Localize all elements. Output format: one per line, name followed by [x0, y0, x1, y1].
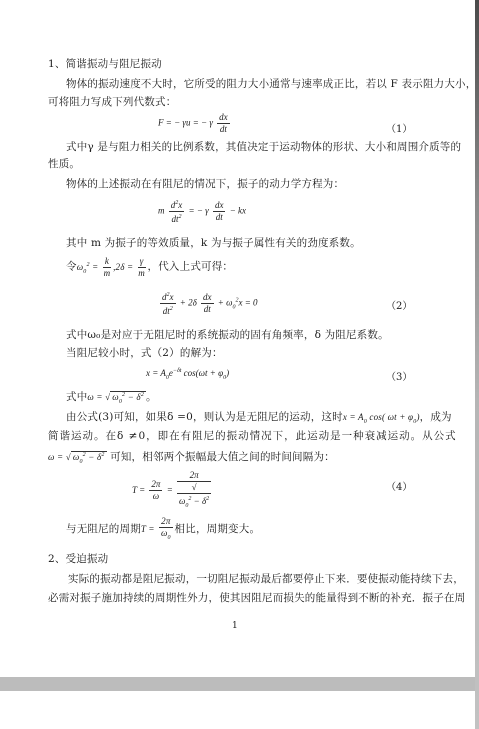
paragraph-line: 与无阻尼的周期T = 2πω0相比，周期变大。 [66, 516, 260, 544]
text: ，代入上式可得： [148, 261, 234, 273]
equation-label: （4） [386, 478, 412, 493]
paragraph-line: 性质。 [48, 158, 80, 171]
equation-4: T = 2πω = 2π√ω02 − δ2 [132, 470, 213, 512]
paragraph-line: 由公式(3)可知，如果δ =0，则认为是无阻尼的运动，这时x = A0 cos(… [66, 411, 452, 429]
equation-dynamics: m d2xdt2 = − γ dxdt − kx [158, 198, 246, 225]
text: 令 [66, 261, 77, 273]
inline-formula: ω = √ω02 − δ2 [48, 451, 107, 462]
paragraph-line: 必需对振子施加持续的周期性外力，使其因阻尼而损失的能量得到不断的补充．振子在周 [48, 592, 465, 605]
equation-label: （1） [386, 120, 412, 135]
text: 可知，相邻两个振幅最大值之间的时间间隔为： [110, 451, 335, 463]
paragraph-line: 当阻尼较小时，式（2）的解为： [66, 347, 223, 360]
paragraph-line: 式中γ 是与阻力相关的比例系数，其值决定于运动物体的形状、大小和周围介质等的 [66, 141, 461, 154]
text: 由公式(3)可知，如果δ =0，则认为是无阻尼的运动，这时 [66, 411, 343, 423]
text: 与无阻尼的周期 [66, 523, 141, 535]
paragraph-line: 物体的上述振动在有阻尼的情况下，振子的动力学方程为： [66, 178, 344, 191]
paragraph-line: 可将阻力写成下列代数式： [48, 96, 176, 109]
text: 式中 [66, 391, 87, 403]
paragraph-line: ω = √ω02 − δ2 可知，相邻两个振幅最大值之间的时间间隔为： [48, 449, 335, 469]
inline-formula: x = A0 cos( ωt + φ0) [343, 412, 420, 422]
page-number: 1 [232, 621, 238, 631]
section-heading-2: 2、受迫振动 [48, 553, 108, 566]
equation-3: x = A0e−δt cos(ωt + φ0) [146, 368, 229, 381]
paragraph-line: 令ω02 = km,2δ = γm，代入上式可得： [66, 256, 233, 279]
equation-label: （2） [386, 297, 412, 312]
section-heading-1: 1、简谐振动与阻尼振动 [48, 58, 162, 71]
paragraph-line: 物体的振动速度不大时，它所受的阻力大小通常与速率成正比，若以 F 表示阻力大小， [66, 78, 476, 91]
document-page-1: 1、简谐振动与阻尼振动 物体的振动速度不大时，它所受的阻力大小通常与速率成正比，… [0, 0, 475, 677]
text: 。 [146, 391, 157, 403]
inline-formula: T = 2πω0 [141, 524, 175, 534]
text: 相比，周期变大。 [175, 523, 261, 535]
inline-formula: ω = √ω02 − δ2 [87, 391, 146, 402]
paragraph-line: 实际的振动都是阻尼振动，一切阻尼振动最后都要停止下来．要使振动能持续下去， [68, 573, 464, 586]
paragraph-line: 简谐运动。在δ ≠0，即在有阻尼的振动情况下，此运动是一种衰减运动。从公式 [48, 430, 457, 443]
equation-label: （3） [386, 368, 412, 383]
text: ，成为 [420, 411, 452, 423]
paragraph-line: 其中 m 为振子的等效质量，k 为与振子属性有关的劲度系数。 [66, 237, 361, 250]
equation-1: F = − γu = − γ dxdt [158, 112, 232, 135]
document-page-2 [0, 691, 475, 729]
page-separator [0, 677, 479, 691]
inline-formula: ω02 = km,2δ = γm [77, 262, 148, 272]
paragraph-line: 式中ω₀是对应于无阻尼时的系统振动的固有角频率，δ 为阻尼系数。 [66, 329, 389, 342]
paragraph-line: 式中ω = √ω02 − δ2。 [66, 389, 157, 409]
vertical-scrollbar[interactable] [475, 0, 479, 729]
equation-2: d2xdt2 + 2δ dxdt + ω02x = 0 [158, 290, 258, 317]
